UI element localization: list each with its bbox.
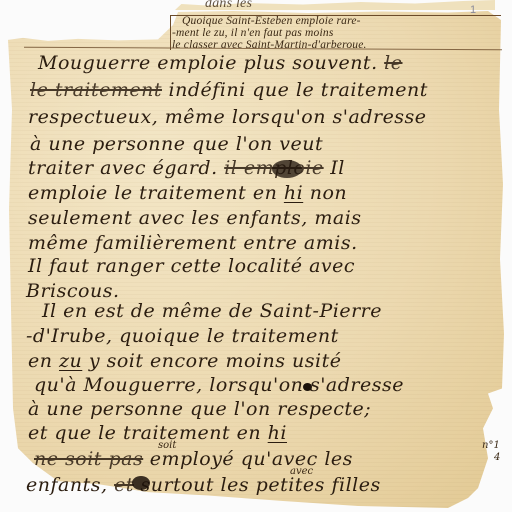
- margin-note-line-2: -ment le zu, il n'en faut pas moins: [172, 27, 334, 39]
- line-text: indéfini que le traitement: [169, 79, 428, 101]
- corner-mark: n°1: [482, 440, 500, 451]
- line-after: surtout les petites filles: [141, 474, 381, 496]
- line-after: non: [310, 182, 347, 204]
- document-viewer: dans les 1 Quoique Saint-Esteben emploie…: [0, 0, 512, 512]
- struck-text: ne soit pas: [34, 448, 143, 470]
- manuscript-line-4: à une personne que l'on veut: [30, 133, 323, 155]
- line-text: employé qu'avec les: [150, 448, 353, 470]
- ink-blot: [272, 160, 302, 178]
- underlined-word: hi: [284, 182, 303, 204]
- manuscript-line-12: -d'Irube, quoique le traitement: [26, 325, 339, 347]
- manuscript-line-13: en zu y soit encore moins usité: [28, 350, 341, 372]
- manuscript-line-8: même familièrement entre amis.: [28, 232, 358, 254]
- manuscript-line-1: Mouguerre emploie plus souvent. le: [38, 52, 402, 74]
- top-fragment-text: dans les: [205, 0, 252, 12]
- underlined-word: hi: [268, 422, 287, 444]
- line-text: et que le traitement en: [28, 422, 261, 444]
- corner-mark-2: 4: [494, 452, 500, 463]
- manuscript-line-2: le traitement indéfini que le traitement: [30, 79, 428, 101]
- manuscript-line-11: Il en est de même de Saint-Pierre: [42, 300, 382, 322]
- margin-note-line-1: Quoique Saint-Esteben emploie rare-: [182, 15, 361, 27]
- line-after: y soit encore moins usité: [89, 350, 342, 372]
- struck-text: le traitement: [30, 79, 162, 101]
- manuscript-line-9: Il faut ranger cette localité avec: [28, 255, 355, 277]
- struck-text: le: [384, 52, 402, 74]
- ink-dot: [303, 383, 312, 391]
- manuscript-line-3: respectueux, même lorsqu'on s'adresse: [28, 106, 427, 128]
- manuscript-line-18: enfants, et surtout les petites filles: [26, 474, 381, 496]
- line-text: Mouguerre emploie plus souvent.: [38, 52, 378, 74]
- manuscript-line-6: emploie le traitement en hi non: [28, 182, 347, 204]
- manuscript-line-14: qu'à Mouguerre, lorsqu'on s'adresse: [34, 374, 404, 396]
- manuscript-line-7: seulement avec les enfants, mais: [28, 207, 362, 229]
- line-text: enfants,: [26, 474, 108, 496]
- ink-blot-2: [132, 476, 150, 490]
- manuscript-line-10: Briscous.: [26, 280, 119, 302]
- line-tail: Il: [330, 157, 345, 179]
- manuscript-line-15: à une personne que l'on respecte;: [28, 398, 371, 420]
- line-text: traiter avec égard.: [28, 157, 218, 179]
- struck-text: et: [114, 474, 134, 496]
- line-text: en: [28, 350, 52, 372]
- line-text: emploie le traitement en: [28, 182, 277, 204]
- underlined-word: zu: [59, 350, 82, 372]
